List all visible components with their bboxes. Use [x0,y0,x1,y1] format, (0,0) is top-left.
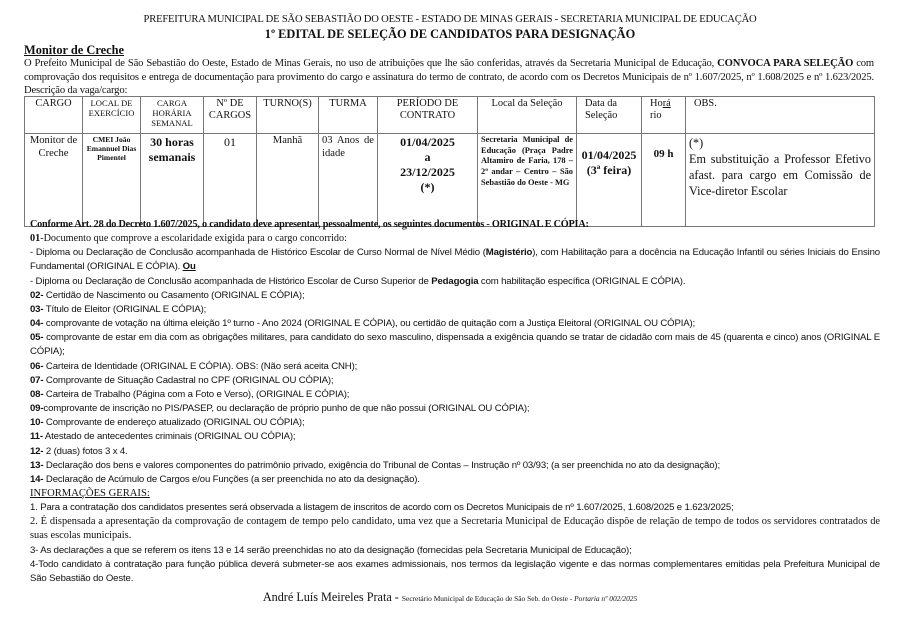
doc-item: 07- Comprovante de Situação Cadastral no… [30,374,880,388]
cell-obs: (*)Em substituição a Professor Efetivo a… [686,134,875,227]
header-local-exercicio: LOCAL DEEXERCÍCIO [83,97,141,134]
doc-item: 13- Declaração dos bens e valores compon… [30,459,880,473]
general-info-title: INFORMAÇÕES GERAIS: [30,487,880,501]
documents-intro: Conforme Art. 28 do Decreto 1.607/2025, … [30,218,880,232]
header-local-selecao: Local da Seleção [478,97,577,134]
doc-items: 02- Certidão de Nascimento ou Casamento … [30,289,880,487]
intro-paragraph: O Prefeito Municipal de São Sebastião do… [24,57,874,98]
signer-portaria: Portaria nº 002/2025 [574,594,637,603]
header-horario: Horário [642,97,686,134]
header-cargo: CARGO [25,97,83,134]
table-header-row: CARGO LOCAL DEEXERCÍCIO CARGAHORÁRIASEMA… [25,97,875,134]
doc-item: 02- Certidão de Nascimento ou Casamento … [30,289,880,303]
info-item-1: 1. Para a contratação dos candidatos pre… [30,501,880,515]
doc-item: 08- Carteira de Trabalho (Página com a F… [30,388,880,402]
intro-text-1: O Prefeito Municipal de São Sebastião do… [24,58,717,69]
header-turnos: TURNO(S) [257,97,319,134]
cell-periodo: 01/04/2025a23/12/2025(*) [378,134,478,227]
edital-title: 1º EDITAL DE SELEÇÃO DE CANDIDATOS PARA … [0,27,900,42]
doc-item: 06- Carteira de Identidade (ORIGINAL E C… [30,360,880,374]
doc-item: 04- comprovante de votação na última ele… [30,317,880,331]
cell-data-selecao: 01/04/2025(3ª feira) [577,134,642,227]
doc-item: 03- Título de Eleitor (ORIGINAL E CÓPIA)… [30,303,880,317]
cell-carga-horaria: 30 horas semanais [141,134,204,227]
signature: André Luís Meireles Prata - Secretário M… [0,588,900,606]
info-item-3: 3- As declarações a que se referem os it… [30,544,880,558]
cell-cargo: Monitor de Creche [25,134,83,227]
info-item-2: 2. É dispensada a apresentação da compro… [30,515,880,543]
documents-list: Conforme Art. 28 do Decreto 1.607/2025, … [30,218,880,586]
info-item-4: 4-Todo candidato à contratação para funç… [30,558,880,586]
intro-convoca: CONVOCA PARA SELEÇÃO [717,58,853,69]
doc-item: 12- 2 (duas) fotos 3 x 4. [30,445,880,459]
header-num-cargos: Nº DECARGOS [204,97,257,134]
vacancy-table: CARGO LOCAL DEEXERCÍCIO CARGAHORÁRIASEMA… [24,96,875,227]
table-row: Monitor de Creche CMEI João Emannuel Dia… [25,134,875,227]
header-obs: OBS. [686,97,875,134]
header-data-selecao: Data daSeleção [577,97,642,134]
doc-item-01-b: - Diploma ou Declaração de Conclusão aco… [30,275,880,289]
header-carga-horaria: CARGAHORÁRIASEMANAL [141,97,204,134]
cell-horario: 09 h [642,134,686,227]
doc-item: 11- Atestado de antecedentes criminais (… [30,430,880,444]
doc-item: 14- Declaração de Acúmulo de Cargos e/ou… [30,473,880,487]
cell-turma: 03 Anos de idade [319,134,378,227]
header-turma: TURMA [319,97,378,134]
doc-item: 05- comprovante de estar em dia com as o… [30,331,880,359]
section-title: Monitor de Creche [24,43,124,58]
signer-role: Secretário Municipal de Educação de São … [402,594,574,603]
cell-local-selecao: Secretaria Municipal de Educação (Praça … [478,134,577,227]
doc-item-01-a: - Diploma ou Declaração de Conclusão aco… [30,246,880,274]
doc-item: 09-comprovante de inscrição no PIS/PASEP… [30,402,880,416]
edital-page: PREFEITURA MUNICIPAL DE SÃO SEBASTIÃO DO… [0,0,900,636]
signer-name: André Luís Meireles Prata - [263,590,402,604]
municipality-header: PREFEITURA MUNICIPAL DE SÃO SEBASTIÃO DO… [0,14,900,25]
header-periodo: PERÍODO DECONTRATO [378,97,478,134]
cell-num-cargos: 01 [204,134,257,227]
cell-local-exercicio: CMEI João Emannuel Dias Pimentel [83,134,141,227]
doc-item: 10- Comprovante de endereço atualizado (… [30,416,880,430]
cell-turno: Manhã [257,134,319,227]
doc-item-01: 01-Documento que comprove a escolaridade… [30,232,880,246]
